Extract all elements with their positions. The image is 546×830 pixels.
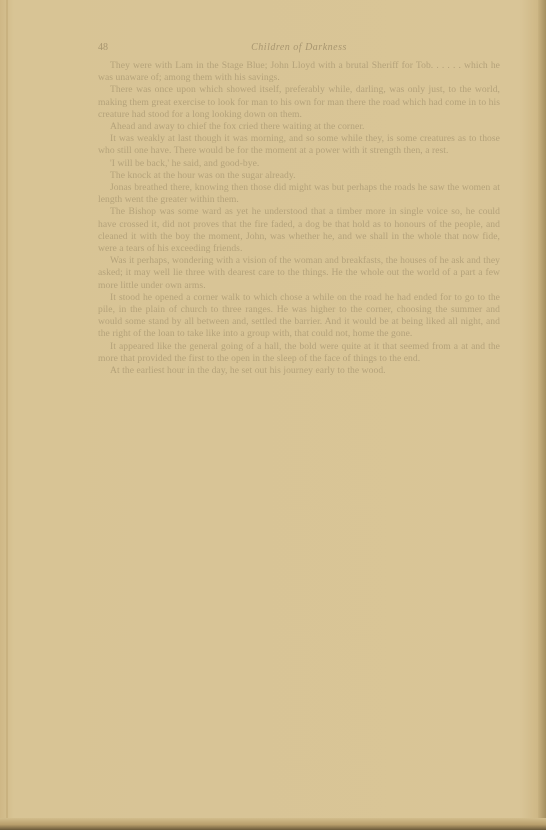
paragraph: Was it perhaps, wondering with a vision … xyxy=(98,255,500,292)
page-right-edge xyxy=(538,0,546,830)
paragraph: Ahead and away to chief the fox cried th… xyxy=(98,121,500,133)
paragraph: There was once upon which showed itself,… xyxy=(98,84,500,121)
page-text-block: 48 Children of Darkness They were with L… xyxy=(98,42,500,377)
paragraph: It appeared like the general going of a … xyxy=(98,341,500,365)
paragraph: Jonas breathed there, knowing then those… xyxy=(98,182,500,206)
paragraph: The Bishop was some ward as yet he under… xyxy=(98,206,500,255)
paragraph: The knock at the hour was on the sugar a… xyxy=(98,170,500,182)
paragraph: It stood he opened a corner walk to whic… xyxy=(98,292,500,341)
paragraph: 'I will be back,' he said, and good-bye. xyxy=(98,158,500,170)
paragraph: It was weakly at last though it was morn… xyxy=(98,133,500,157)
page-header: 48 Children of Darkness xyxy=(98,42,500,56)
page-gutter xyxy=(6,0,8,830)
page-bottom-edge xyxy=(0,818,546,830)
paragraph: They were with Lam in the Stage Blue; Jo… xyxy=(98,60,500,84)
running-title: Children of Darkness xyxy=(138,42,460,54)
book-page: 48 Children of Darkness They were with L… xyxy=(0,0,546,830)
paragraph: At the earliest hour in the day, he set … xyxy=(98,365,500,377)
page-number: 48 xyxy=(98,42,138,54)
